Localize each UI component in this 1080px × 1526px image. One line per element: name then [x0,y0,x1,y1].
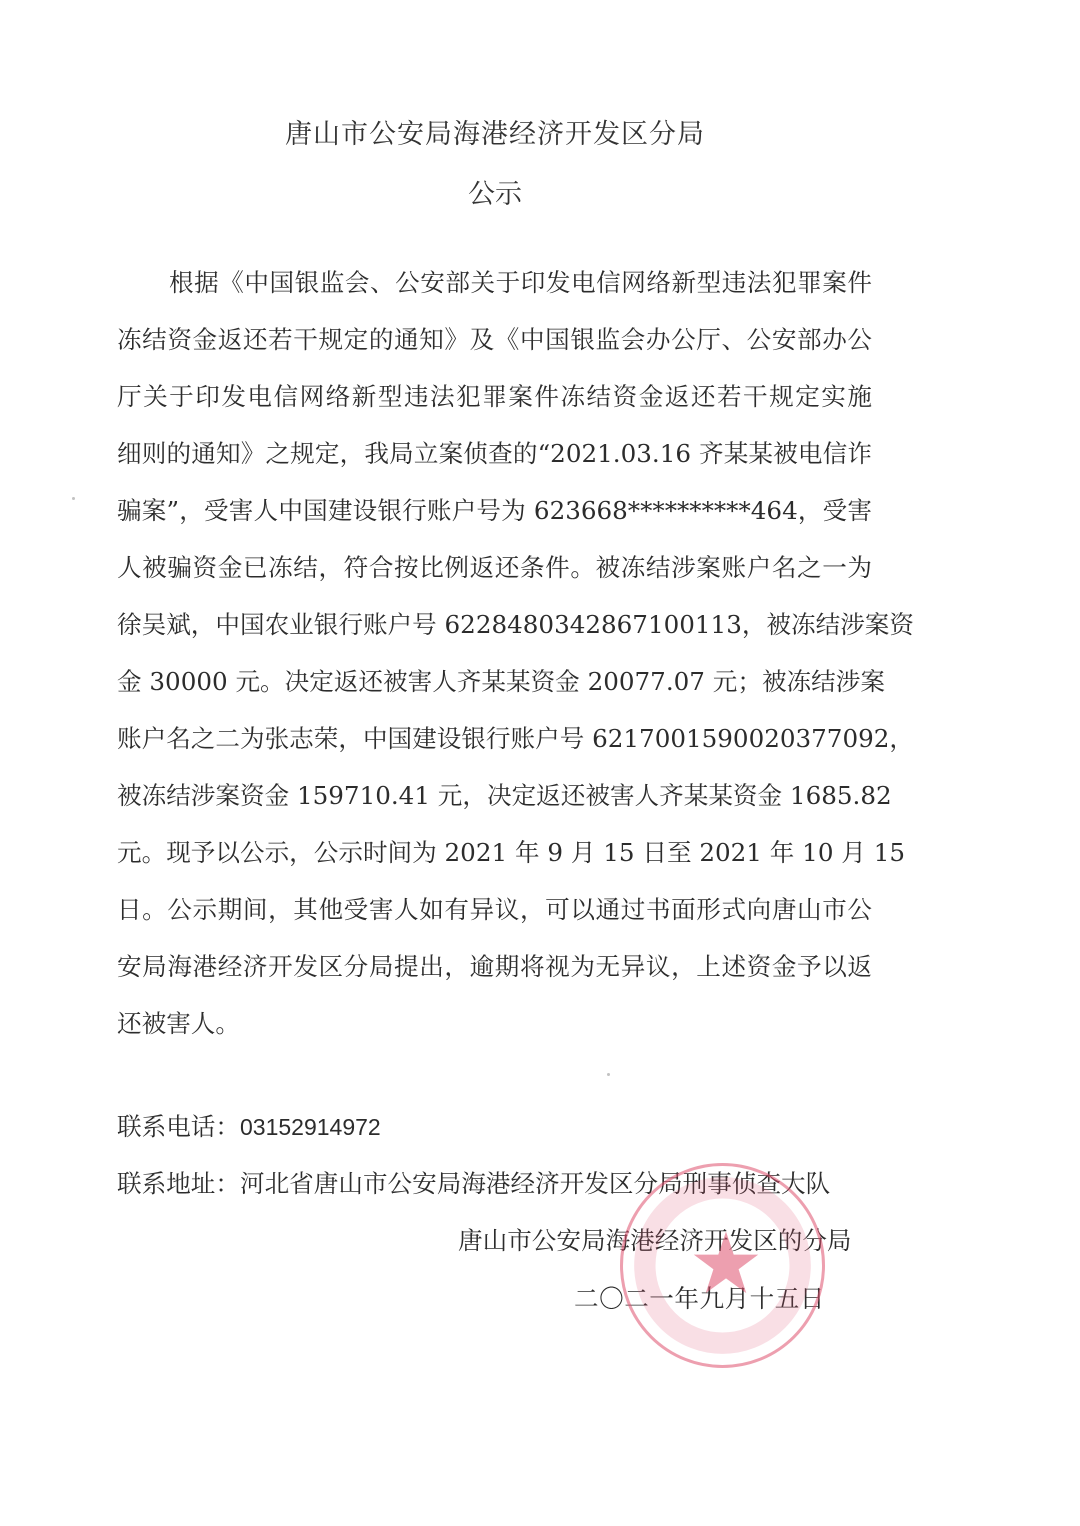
body-line: 骗案”，受害人中国建设银行账户号为 623668**********464，受害 [117,482,872,539]
contact-phone: 联系电话：03152914972 [117,1108,381,1143]
body-line: 账户名之二为张志荣，中国建设银行账户号 6217001590020377092， [117,710,872,767]
scan-speck [72,497,75,500]
signature-date: 二〇二一年九月十五日 [574,1280,825,1315]
body-line: 还被害人。 [117,995,872,1052]
body-line: 日。公示期间，其他受害人如有异议，可以通过书面形式向唐山市公 [117,881,872,938]
scan-speck [607,1073,610,1076]
address-label: 联系地址： [117,1169,240,1198]
body-line: 元。现予以公示，公示时间为 2021 年 9 月 15 日至 2021 年 10… [117,824,872,881]
body-line: 厅关于印发电信网络新型违法犯罪案件冻结资金返还若干规定实施 [117,368,872,425]
body-line: 徐吴斌，中国农业银行账户号 6228480342867100113，被冻结涉案资 [117,596,872,653]
document-title: 唐山市公安局海港经济开发区分局 [0,112,990,151]
phone-label: 联系电话： [117,1112,240,1141]
document-subtitle: 公示 [0,172,990,211]
phone-number: 03152914972 [240,1114,381,1140]
address-value: 河北省唐山市公安局海港经济开发区分局刑事侦查大队 [240,1169,830,1198]
body-line: 人被骗资金已冻结，符合按比例返还条件。被冻结涉案账户名之一为 [117,539,872,596]
body-line: 细则的通知》之规定，我局立案侦查的“2021.03.16 齐某某被电信诈 [117,425,872,482]
body-line: 被冻结涉案资金 159710.41 元，决定返还被害人齐某某资金 1685.82 [117,767,872,824]
body-line: 金 30000 元。决定返还被害人齐某某资金 20077.07 元；被冻结涉案 [117,653,872,710]
signature-organization: 唐山市公安局海港经济开发区的分局 [458,1222,852,1257]
body-line: 根据《中国银监会、公安部关于印发电信网络新型违法犯罪案件 [117,254,872,311]
body-line: 冻结资金返还若干规定的通知》及《中国银监会办公厅、公安部办公 [117,311,872,368]
notice-body: 根据《中国银监会、公安部关于印发电信网络新型违法犯罪案件冻结资金返还若干规定的通… [117,254,872,1052]
body-line: 安局海港经济开发区分局提出，逾期将视为无异议，上述资金予以返 [117,938,872,995]
contact-address: 联系地址：河北省唐山市公安局海港经济开发区分局刑事侦查大队 [117,1165,830,1200]
